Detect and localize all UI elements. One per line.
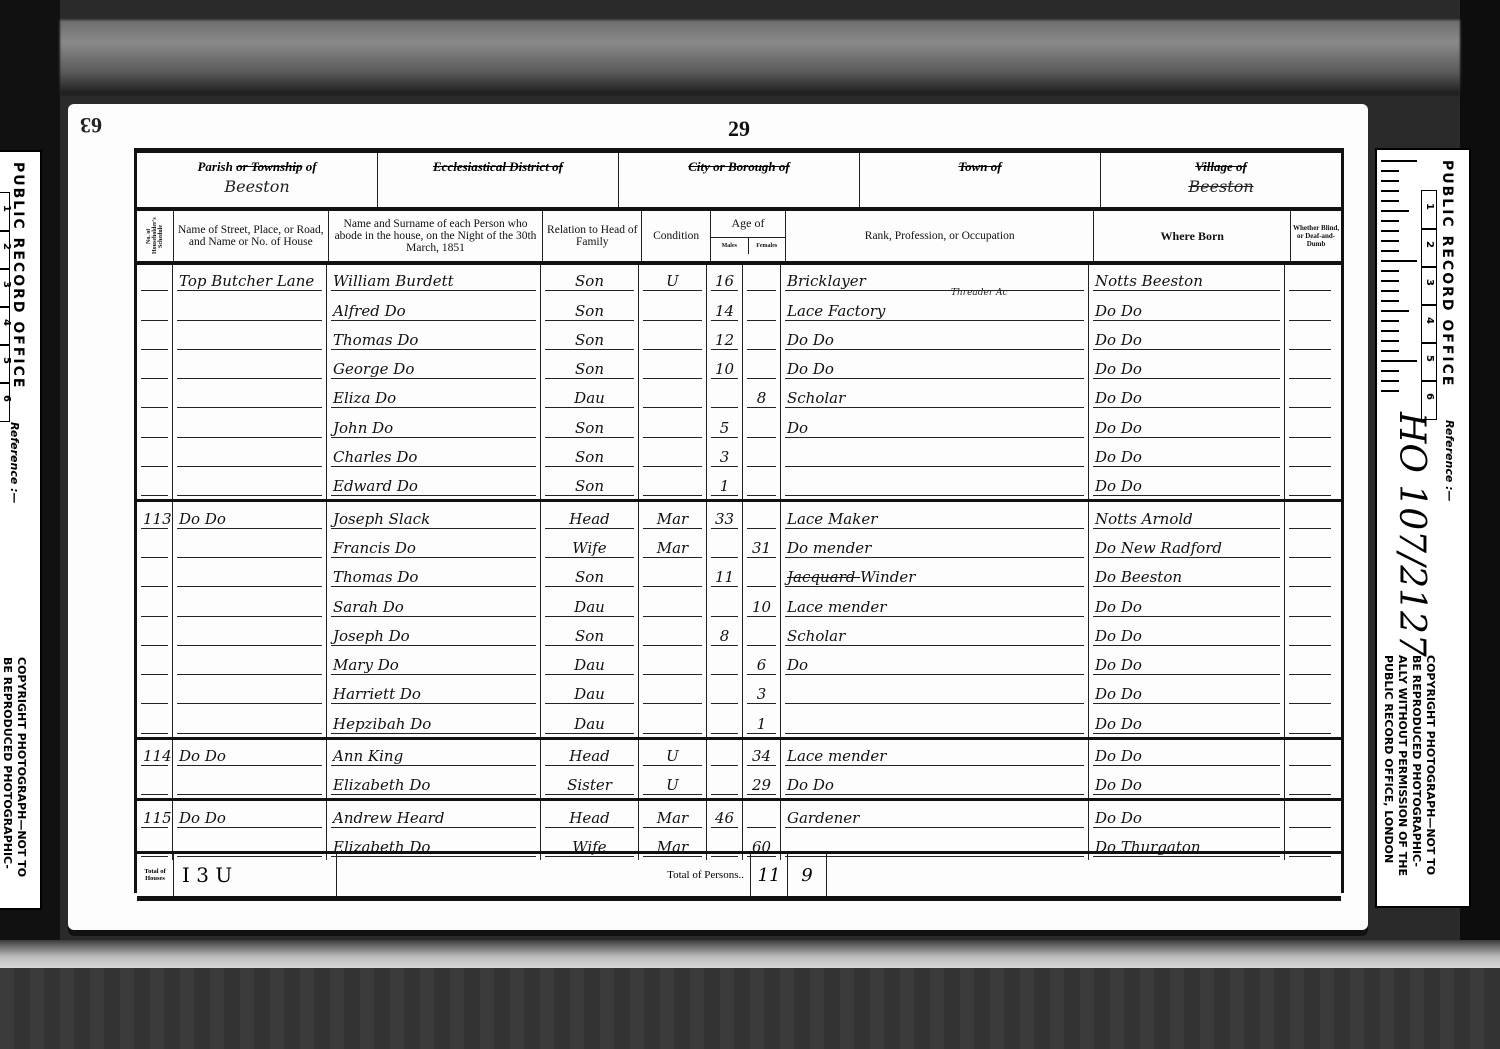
male-age-cell: 46 (707, 801, 743, 830)
occupation: Do Do (785, 360, 1084, 379)
male-age: 3 (711, 448, 738, 467)
relation-cell: Son (541, 411, 639, 440)
condition-cell (639, 411, 707, 440)
schedule-number (141, 703, 168, 704)
female-age-cell: 29 (743, 769, 781, 798)
male-age-cell: 11 (707, 561, 743, 590)
female-age-cell (743, 353, 781, 382)
male-age-cell (707, 649, 743, 678)
col-header-where-born: Where Born (1094, 211, 1291, 261)
condition-cell: U (639, 769, 707, 798)
blind-deaf-cell (1285, 769, 1335, 798)
female-age (747, 349, 776, 350)
col-header-schedule: No. of Householder's Schedule (137, 211, 174, 261)
scale-boxes: 123456 (0, 152, 8, 402)
where-born-cell: Do Do (1089, 411, 1285, 440)
relation-cell: Son (541, 441, 639, 470)
condition: U (643, 747, 702, 766)
place-header-label: Ecclesiastical District of (378, 159, 618, 175)
where-born: Do Do (1093, 627, 1280, 646)
relation: Son (545, 568, 634, 587)
person-name-cell: Joseph Do (327, 620, 541, 649)
male-age-cell: 10 (707, 353, 743, 382)
occupation: Jacquard Winder (785, 568, 1084, 587)
col-header-blind: Whether Blind, or Deaf-and-Dumb (1291, 211, 1341, 261)
where-born-cell: Do Do (1089, 678, 1285, 707)
scan-background-bottom (0, 940, 1500, 968)
table-row: Mary DoDau6DoDo Do (137, 649, 1341, 678)
blind-deaf (1289, 733, 1331, 734)
blind-deaf (1289, 557, 1331, 558)
copyright-notice: COPYRIGHT PHOTOGRAPH—NOT TOBE REPRODUCED… (1381, 655, 1437, 876)
person-name-cell: Thomas Do (327, 324, 541, 353)
schedule-number (141, 290, 168, 291)
place-header-label: City or Borough of (619, 159, 859, 175)
reference-label: Reference :— (8, 422, 21, 504)
occupation: Do mender (785, 539, 1084, 558)
street-name (177, 703, 322, 704)
total-houses-label: Total of Houses (137, 854, 174, 896)
street-name-cell (173, 532, 327, 561)
scale-box: 6 (0, 382, 10, 422)
schedule-number-cell (137, 382, 173, 411)
person-name-cell: William Burdett (327, 265, 541, 294)
females-label: Females (749, 238, 785, 254)
place-header-row: Parish or Township ofBeestonEcclesiastic… (137, 153, 1341, 211)
table-row: Alfred DoSon14Lace FactoryThreader AcDo … (137, 294, 1341, 323)
condition: U (643, 776, 702, 795)
schedule-number-cell (137, 353, 173, 382)
occupation (785, 495, 1084, 496)
person-name: Harriett Do (331, 685, 536, 704)
male-age: 33 (711, 510, 738, 529)
schedule-number-cell (137, 590, 173, 619)
relation-cell: Dau (541, 590, 639, 619)
female-age (747, 320, 776, 321)
relation-cell: Son (541, 470, 639, 499)
blind-deaf-cell (1285, 382, 1335, 411)
female-age-cell (743, 441, 781, 470)
condition: Mar (643, 510, 702, 529)
female-age: 29 (747, 776, 776, 795)
occupation-annotation: Threader Ac (951, 288, 1008, 298)
person-name-cell: George Do (327, 353, 541, 382)
scale-box: 3 (0, 268, 10, 308)
condition (643, 495, 702, 496)
female-age-cell: 10 (743, 590, 781, 619)
condition-cell: Mar (639, 532, 707, 561)
street-name (177, 616, 322, 617)
male-age-cell: 16 (707, 265, 743, 294)
male-age: 1 (711, 477, 738, 496)
schedule-number-cell (137, 294, 173, 323)
blind-deaf (1289, 495, 1331, 496)
condition (643, 320, 702, 321)
copyright-line: COPYRIGHT PHOTOGRAPH—NOT TO (14, 657, 28, 877)
person-name: Mary Do (331, 656, 536, 675)
relation: Son (545, 272, 634, 291)
street-name (177, 349, 322, 350)
person-name: Sarah Do (331, 598, 536, 617)
person-name: Joseph Do (331, 627, 536, 646)
condition (643, 586, 702, 587)
occupation-cell: Lace Maker (781, 502, 1089, 531)
scale-box: 5 (0, 344, 10, 384)
where-born-cell: Do Do (1089, 470, 1285, 499)
female-age: 3 (747, 685, 776, 704)
person-name-cell: Francis Do (327, 532, 541, 561)
blind-deaf (1289, 703, 1331, 704)
blind-deaf (1289, 794, 1331, 795)
relation: Head (545, 510, 634, 529)
street-name-cell (173, 324, 327, 353)
person-name-cell: Eliza Do (327, 382, 541, 411)
male-age-cell (707, 590, 743, 619)
condition-cell (639, 353, 707, 382)
person-name: William Burdett (331, 272, 536, 291)
condition (643, 378, 702, 379)
male-age-cell (707, 769, 743, 798)
male-age-cell: 1 (707, 470, 743, 499)
scale-box: 1 (0, 192, 10, 232)
female-age-cell (743, 470, 781, 499)
male-age: 5 (711, 419, 738, 438)
where-born: Do Do (1093, 809, 1280, 828)
occupation-cell: Do mender (781, 532, 1089, 561)
where-born: Do Do (1093, 389, 1280, 408)
where-born: Do Do (1093, 715, 1280, 734)
relation-cell: Son (541, 324, 639, 353)
totals-row: Total of Houses I 3 U Total of Persons..… (137, 851, 1341, 901)
blind-deaf-cell (1285, 532, 1335, 561)
condition-cell (639, 470, 707, 499)
place-header-label: Parish or Township of (137, 159, 377, 175)
male-age (711, 794, 738, 795)
occupation-cell: Scholar (781, 620, 1089, 649)
occupation: Lace Factory (785, 302, 1084, 321)
place-header-value: Beeston (137, 177, 377, 196)
female-age-cell: 6 (743, 649, 781, 678)
relation: Dau (545, 685, 634, 704)
occupation-cell (781, 678, 1089, 707)
schedule-number (141, 320, 168, 321)
occupation-cell: Do Do (781, 769, 1089, 798)
male-age: 10 (711, 360, 738, 379)
where-born-cell: Do Do (1089, 620, 1285, 649)
street-name-cell: Do Do (173, 801, 327, 830)
place-header-3: Town of (860, 153, 1101, 207)
condition-cell (639, 620, 707, 649)
table-row: Thomas DoSon11Jacquard WinderDo Beeston (137, 561, 1341, 590)
female-age: 34 (747, 747, 776, 766)
reference-label: Reference :— (1443, 420, 1456, 502)
female-age (747, 586, 776, 587)
person-name: John Do (331, 419, 536, 438)
street-name-cell (173, 561, 327, 590)
where-born: Do New Radford (1093, 539, 1280, 558)
occupation: Lace mender (785, 598, 1084, 617)
occupation-cell: Lace mender (781, 740, 1089, 769)
total-houses-value: I 3 U (174, 854, 337, 896)
age-of-label: Age of (711, 211, 785, 238)
condition: Mar (643, 809, 702, 828)
schedule-number: 114 (141, 747, 168, 766)
col-header-name: Name and Surname of each Person who abod… (329, 211, 544, 261)
place-header-label: Village of (1101, 159, 1341, 175)
person-name-cell: Thomas Do (327, 561, 541, 590)
blind-deaf-cell (1285, 561, 1335, 590)
blind-deaf (1289, 407, 1331, 408)
relation: Son (545, 331, 634, 350)
female-age (747, 495, 776, 496)
schedule-number-cell (137, 470, 173, 499)
relation: Dau (545, 656, 634, 675)
where-born-cell: Do Do (1089, 769, 1285, 798)
street-name-cell (173, 649, 327, 678)
where-born-cell: Do Do (1089, 649, 1285, 678)
where-born-cell: Do Do (1089, 740, 1285, 769)
relation: Sister (545, 776, 634, 795)
occupation-cell: Do (781, 411, 1089, 440)
person-name: Francis Do (331, 539, 536, 558)
condition-cell (639, 441, 707, 470)
schedule-number (141, 616, 168, 617)
relation-cell: Son (541, 353, 639, 382)
street-name (177, 495, 322, 496)
female-age-cell (743, 411, 781, 440)
total-persons-label: Total of Persons.. (337, 854, 751, 896)
copyright-line: COPYRIGHT PHOTOGRAPH—NOT TO (1423, 655, 1437, 876)
where-born: Do Do (1093, 685, 1280, 704)
female-age-cell: 3 (743, 678, 781, 707)
occupation: Gardener (785, 809, 1084, 828)
street-name-cell (173, 707, 327, 736)
reference-value: HO 107/2127 (1391, 412, 1432, 657)
where-born: Do Do (1093, 598, 1280, 617)
schedule-number (141, 733, 168, 734)
occupation: Do Do (785, 331, 1084, 350)
condition-cell (639, 590, 707, 619)
blind-deaf (1289, 827, 1331, 828)
census-entries: Top Butcher LaneWilliam BurdettSonU16Bri… (137, 265, 1341, 860)
blind-deaf-cell (1285, 707, 1335, 736)
where-born-cell: Do Do (1089, 353, 1285, 382)
condition (643, 466, 702, 467)
copyright-line: BE REPRODUCED PHOTOGRAPHIC- (0, 657, 14, 877)
table-row: 114Do DoAnn KingHeadU34Lace menderDo Do (137, 737, 1341, 769)
street-name-cell (173, 441, 327, 470)
relation: Son (545, 627, 634, 646)
where-born-cell: Do Do (1089, 324, 1285, 353)
street-name (177, 733, 322, 734)
males-label: Males (711, 238, 748, 254)
occupation: Lace Maker (785, 510, 1084, 529)
copyright-line: ALLY WITHOUT PERMISSION OF THE (1395, 655, 1409, 876)
where-born-cell: Notts Arnold (1089, 502, 1285, 531)
occupation-cell: Do Do (781, 324, 1089, 353)
person-name-cell: Joseph Slack (327, 502, 541, 531)
male-age-cell: 33 (707, 502, 743, 531)
person-name: Charles Do (331, 448, 536, 467)
relation-cell: Dau (541, 382, 639, 411)
female-age (747, 466, 776, 467)
street-name (177, 645, 322, 646)
condition (643, 703, 702, 704)
total-females: 9 (788, 854, 827, 896)
male-age: 12 (711, 331, 738, 350)
male-age (711, 407, 738, 408)
condition-cell (639, 649, 707, 678)
scale-box: 4 (1421, 304, 1437, 344)
relation-cell: Son (541, 265, 639, 294)
where-born-cell: Do Do (1089, 382, 1285, 411)
schedule-number (141, 645, 168, 646)
male-age (711, 765, 738, 766)
blind-deaf (1289, 528, 1331, 529)
condition (643, 437, 702, 438)
schedule-number-cell: 113 (137, 502, 173, 531)
person-name-cell: Harriett Do (327, 678, 541, 707)
blind-deaf (1289, 378, 1331, 379)
scale-box: 2 (1421, 228, 1437, 268)
condition-cell (639, 561, 707, 590)
relation-cell: Son (541, 561, 639, 590)
female-age: 10 (747, 598, 776, 617)
male-age-cell (707, 740, 743, 769)
copyright-notice: COPYRIGHT PHOTOGRAPH—NOT TOBE REPRODUCED… (0, 657, 28, 877)
relation-cell: Head (541, 801, 639, 830)
schedule-number (141, 378, 168, 379)
female-age: 1 (747, 715, 776, 734)
schedule-number: 113 (141, 510, 168, 529)
occupation-cell: Do Do (781, 353, 1089, 382)
folio-number: 63 (80, 112, 102, 138)
person-name-cell: Mary Do (327, 649, 541, 678)
condition-cell (639, 382, 707, 411)
occupation-cell (781, 707, 1089, 736)
street-name-cell (173, 590, 327, 619)
male-age: 14 (711, 302, 738, 321)
copyright-line: PUBLIC RECORD OFFICE, LONDON (1381, 655, 1395, 876)
person-name: Elizabeth Do (331, 776, 536, 795)
occupation-cell: Lace mender (781, 590, 1089, 619)
male-age: 46 (711, 809, 738, 828)
relation-cell: Dau (541, 649, 639, 678)
occupation (785, 733, 1084, 734)
condition-cell (639, 707, 707, 736)
occupation (785, 703, 1084, 704)
scale-box: 1 (1421, 190, 1437, 230)
street-name-cell (173, 382, 327, 411)
where-born-cell: Do Do (1089, 590, 1285, 619)
record-office-title: PUBLIC RECORD OFFICE (1439, 160, 1455, 387)
blind-deaf (1289, 290, 1331, 291)
street-name (177, 794, 322, 795)
schedule-number-cell (137, 532, 173, 561)
blind-deaf-cell (1285, 324, 1335, 353)
condition-cell (639, 678, 707, 707)
street-name (177, 320, 322, 321)
schedule-number-cell (137, 561, 173, 590)
schedule-number-cell: 115 (137, 801, 173, 830)
occupation: Do (785, 419, 1084, 438)
scale-box: 3 (1421, 266, 1437, 306)
relation: Head (545, 809, 634, 828)
person-name: George Do (331, 360, 536, 379)
place-header-2: City or Borough of (619, 153, 860, 207)
occupation-cell: Bricklayer (781, 265, 1089, 294)
schedule-number-cell: 114 (137, 740, 173, 769)
relation: Dau (545, 598, 634, 617)
blind-deaf-cell (1285, 678, 1335, 707)
place-header-1: Ecclesiastical District of (378, 153, 619, 207)
female-age-cell (743, 265, 781, 294)
street-name: Do Do (177, 510, 322, 529)
total-males: 11 (751, 854, 788, 896)
table-row: 113Do DoJoseph SlackHeadMar33Lace MakerN… (137, 499, 1341, 531)
street-name-cell (173, 294, 327, 323)
copyright-line: BE REPRODUCED PHOTOGRAPHIC- (1409, 655, 1423, 876)
occupation-cell: Jacquard Winder (781, 561, 1089, 590)
street-name-cell (173, 678, 327, 707)
record-office-strip-right: PUBLIC RECORD OFFICE 123456 Reference :—… (1375, 148, 1471, 908)
relation: Dau (545, 715, 634, 734)
schedule-number (141, 794, 168, 795)
male-age-cell: 5 (707, 411, 743, 440)
male-age-cell (707, 382, 743, 411)
relation-cell: Sister (541, 769, 639, 798)
blind-deaf (1289, 586, 1331, 587)
table-row: Top Butcher LaneWilliam BurdettSonU16Bri… (137, 265, 1341, 294)
person-name-cell: Ann King (327, 740, 541, 769)
schedule-number-cell (137, 769, 173, 798)
schedule-number-cell (137, 411, 173, 440)
female-age-cell: 1 (743, 707, 781, 736)
condition-cell: U (639, 265, 707, 294)
schedule-number (141, 495, 168, 496)
where-born-cell: Notts Beeston (1089, 265, 1285, 294)
female-age (747, 645, 776, 646)
where-born-cell: Do Do (1089, 801, 1285, 830)
condition-cell: Mar (639, 801, 707, 830)
blind-deaf-cell (1285, 411, 1335, 440)
person-name-cell: Sarah Do (327, 590, 541, 619)
female-age-cell (743, 561, 781, 590)
male-age: 16 (711, 272, 738, 291)
col-header-condition: Condition (642, 211, 711, 261)
occupation-cell: Gardener (781, 801, 1089, 830)
schedule-number-cell (137, 649, 173, 678)
female-age (747, 290, 776, 291)
person-name-cell: Alfred Do (327, 294, 541, 323)
occupation: Do (785, 656, 1084, 675)
where-born-cell: Do Do (1089, 441, 1285, 470)
street-name: Do Do (177, 747, 322, 766)
schedule-number (141, 466, 168, 467)
male-age (711, 733, 738, 734)
relation: Son (545, 477, 634, 496)
street-name (177, 466, 322, 467)
person-name: Thomas Do (331, 331, 536, 350)
person-name: Edward Do (331, 477, 536, 496)
male-age-cell: 14 (707, 294, 743, 323)
street-name-cell (173, 411, 327, 440)
table-row: Eliza DoDau8ScholarDo Do (137, 382, 1341, 411)
condition-cell (639, 324, 707, 353)
occupation: Lace mender (785, 747, 1084, 766)
person-name-cell: Elizabeth Do (327, 769, 541, 798)
person-name: Eliza Do (331, 389, 536, 408)
